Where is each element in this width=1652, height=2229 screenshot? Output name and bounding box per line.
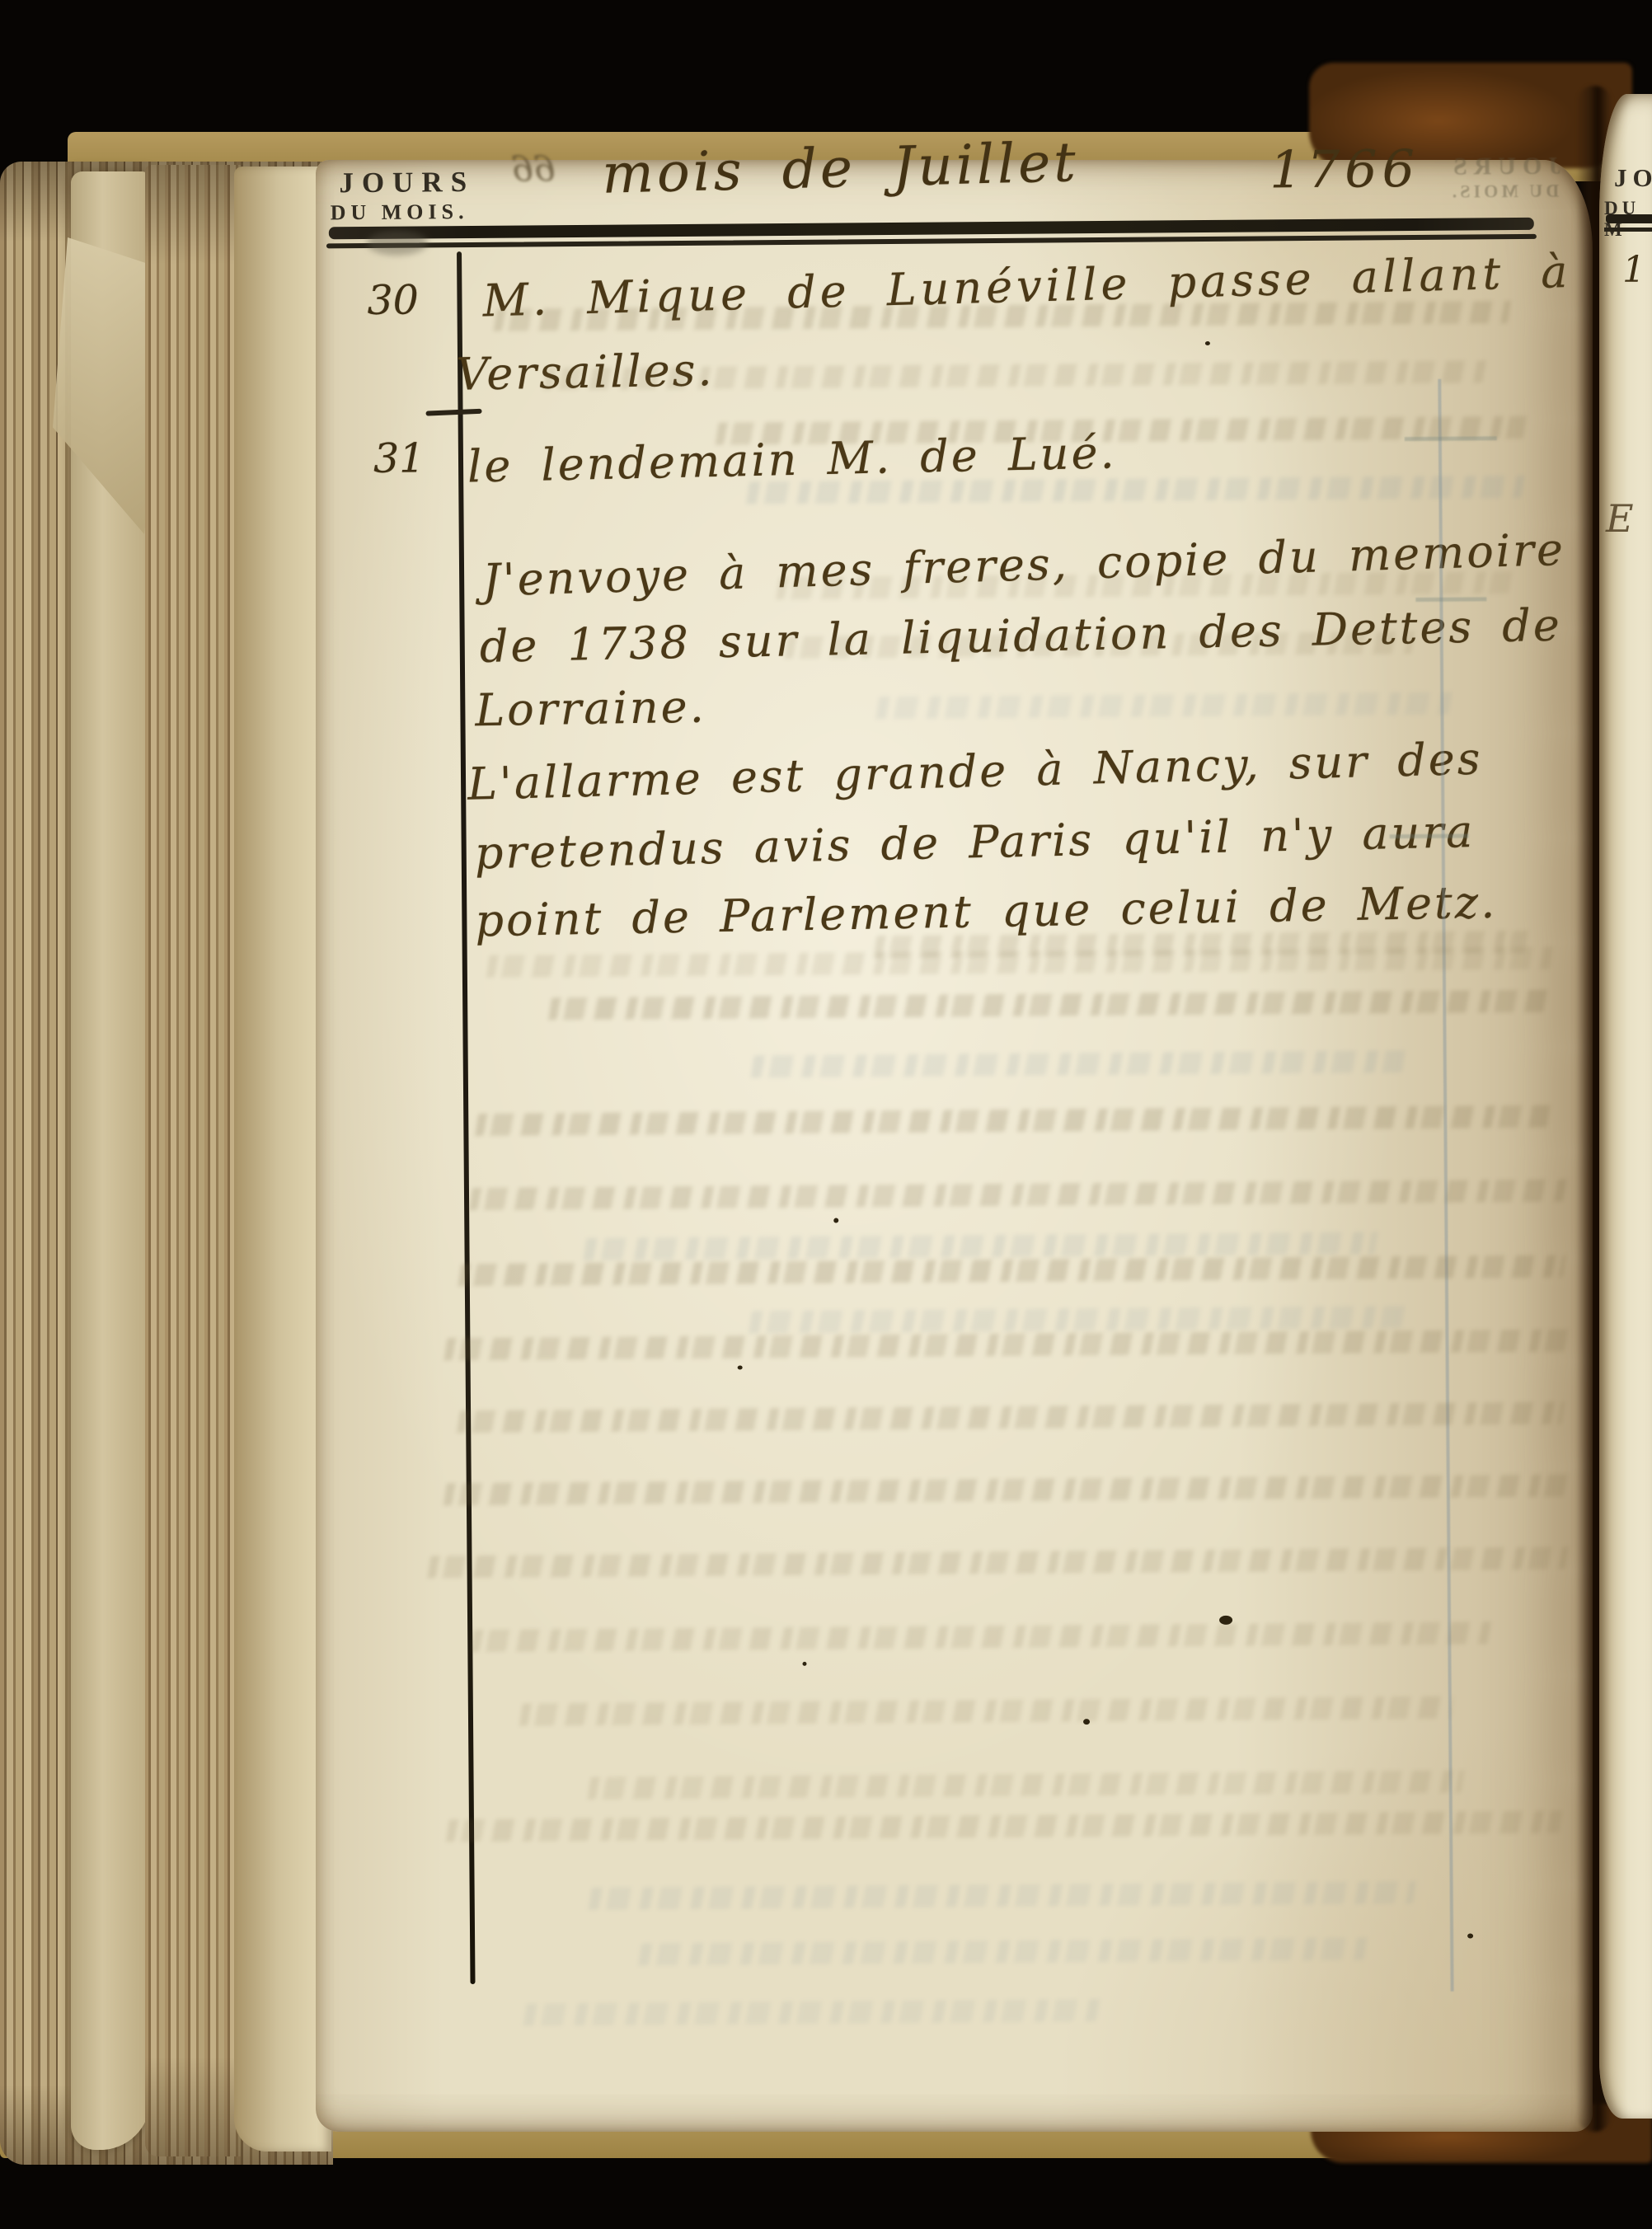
day-number-30: 30 xyxy=(367,276,419,323)
bleedthrough-line xyxy=(486,947,1553,978)
next-page-partial-writing: E xyxy=(1606,496,1634,541)
day-column-rule xyxy=(457,251,476,1984)
day-number-31: 31 xyxy=(373,434,425,481)
bleedthrough-dash xyxy=(1405,436,1497,441)
bleedthrough-line xyxy=(589,1881,1416,1910)
ink-speck xyxy=(802,1662,806,1666)
bleedthrough-jours-label: JOURS xyxy=(1429,152,1578,181)
memo-paragraph-line-3: Lorraine. xyxy=(475,681,706,737)
bleedthrough-line xyxy=(471,1621,1496,1652)
month-title: mois de Juillet xyxy=(601,130,1079,206)
bleedthrough-dumois-label: DU MOIS. xyxy=(1429,180,1578,202)
bleedthrough-line xyxy=(519,1696,1454,1726)
ink-speck xyxy=(1205,341,1210,345)
bleedthrough-line xyxy=(751,1050,1406,1077)
bleedthrough-line xyxy=(875,692,1456,720)
bleedthrough-line xyxy=(776,571,1521,599)
bleedthrough-line xyxy=(475,1105,1550,1136)
journal-page-content: JOURS DU MOIS. 66 JOURS DU MOIS. mois de… xyxy=(315,150,1607,2132)
bleedthrough-line xyxy=(588,1771,1465,1800)
bleedthrough-line xyxy=(469,1180,1569,1210)
days-column-header-line1: JOURS xyxy=(339,166,475,199)
year: 1766 xyxy=(1270,138,1420,199)
bleedthrough-line xyxy=(457,1402,1565,1434)
bleedthrough-line xyxy=(583,1232,1377,1260)
entry-separator-tick xyxy=(425,409,481,416)
ink-speck xyxy=(1467,1934,1473,1939)
bleedthrough-dash xyxy=(1390,834,1469,839)
alarm-paragraph-line-1: L'allarme est grande à Nancy, sur des xyxy=(467,733,1483,810)
turned-page-corner xyxy=(71,171,150,2150)
ink-speck xyxy=(1083,1719,1090,1725)
alarm-paragraph-line-2: pretendus avis de Paris qu'il n'y aura xyxy=(474,805,1476,879)
next-page-sliver: JO DU M 1 E xyxy=(1599,94,1652,2119)
graphite-smudge xyxy=(367,230,428,256)
bleedthrough-line xyxy=(638,1938,1367,1966)
manuscript-book-scan: JOURS DU MOIS. 66 JOURS DU MOIS. mois de… xyxy=(0,0,1652,2229)
bleedthrough-line xyxy=(548,990,1557,1021)
bleedthrough-line xyxy=(444,1330,1568,1361)
days-column-header-line2: DU MOIS. xyxy=(331,199,469,225)
bleedthrough-line xyxy=(446,1811,1562,1842)
bleedthrough-line xyxy=(444,1475,1568,1506)
next-page-day-number-1: 1 xyxy=(1622,249,1645,291)
next-page-header-line1: JO xyxy=(1614,163,1652,193)
page-fore-edges-inner xyxy=(145,165,241,2156)
ink-speck xyxy=(833,1218,838,1223)
next-page-rule-thin xyxy=(1604,228,1652,232)
next-page-rule-thick xyxy=(1606,214,1652,223)
bleedthrough-line xyxy=(428,1547,1569,1579)
bleedthrough-year-fragment: 66 xyxy=(511,148,556,189)
bleedthrough-line xyxy=(749,1306,1411,1333)
ink-speck xyxy=(1219,1616,1232,1625)
bleedthrough-dash xyxy=(1415,597,1486,602)
ink-speck xyxy=(738,1365,743,1369)
bleedthrough-line xyxy=(523,1999,1104,2026)
bleedthrough-facing-header: JOURS DU MOIS. xyxy=(1429,152,1578,202)
journal-page: JOURS DU MOIS. 66 JOURS DU MOIS. mois de… xyxy=(316,160,1593,2132)
